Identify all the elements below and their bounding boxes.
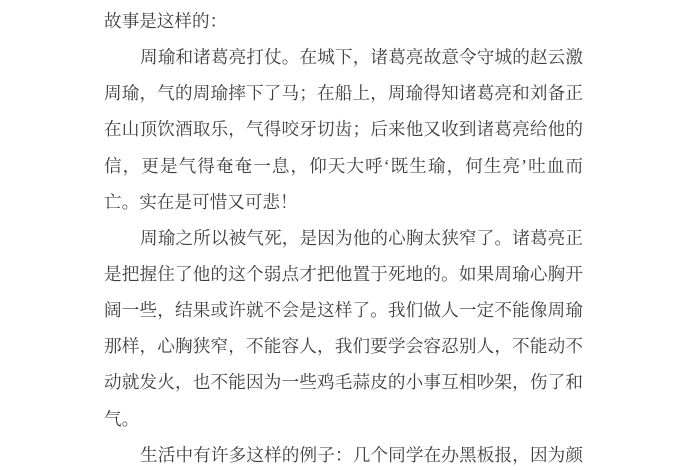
text-line: 周瑜和诸葛亮打仗。在城下，诸葛亮故意令守城的赵云激 bbox=[104, 39, 583, 75]
text-line: 阔一些，结果或许就不会是这样了。我们做人一定不能像周瑜 bbox=[104, 292, 583, 328]
paragraph-example: 生活中有许多这样的例子：几个同学在办黑板报，因为颜 bbox=[104, 437, 583, 470]
text-line: 周瑜，气的周瑜摔下了马；在船上，周瑜得知诸葛亮和刘备正 bbox=[104, 75, 583, 111]
paragraph-story: 周瑜和诸葛亮打仗。在城下，诸葛亮故意令守城的赵云激 周瑜，气的周瑜摔下了马；在船… bbox=[104, 39, 583, 220]
text-line: 那样，心胸狭窄，不能容人，我们要学会容忍别人，不能动不 bbox=[104, 328, 583, 364]
essay-text: 故事是这样的： 周瑜和诸葛亮打仗。在城下，诸葛亮故意令守城的赵云激 周瑜，气的周… bbox=[104, 3, 583, 470]
text-line: 信，更是气得奄奄一息，仰天大呼‘既生瑜，何生亮’吐血而 bbox=[104, 148, 583, 184]
text-line: 故事是这样的： bbox=[104, 3, 583, 39]
text-line: 生活中有许多这样的例子：几个同学在办黑板报，因为颜 bbox=[104, 437, 583, 470]
paragraph-commentary: 周瑜之所以被气死，是因为他的心胸太狭窄了。诸葛亮正 是把握住了他的这个弱点才把他… bbox=[104, 220, 583, 437]
text-line: 在山顶饮酒取乐，气得咬牙切齿；后来他又收到诸葛亮给他的 bbox=[104, 111, 583, 147]
text-line: 周瑜之所以被气死，是因为他的心胸太狭窄了。诸葛亮正 bbox=[104, 220, 583, 256]
text-line: 动就发火，也不能因为一些鸡毛蒜皮的小事互相吵架，伤了和 bbox=[104, 364, 583, 400]
text-line: 气。 bbox=[104, 401, 583, 437]
text-line: 是把握住了他的这个弱点才把他置于死地的。如果周瑜心胸开 bbox=[104, 256, 583, 292]
document-page: 故事是这样的： 周瑜和诸葛亮打仗。在城下，诸葛亮故意令守城的赵云激 周瑜，气的周… bbox=[0, 0, 700, 470]
text-line: 亡。实在是可惜又可悲！ bbox=[104, 184, 583, 220]
paragraph-ending: 故事是这样的： bbox=[104, 3, 583, 39]
